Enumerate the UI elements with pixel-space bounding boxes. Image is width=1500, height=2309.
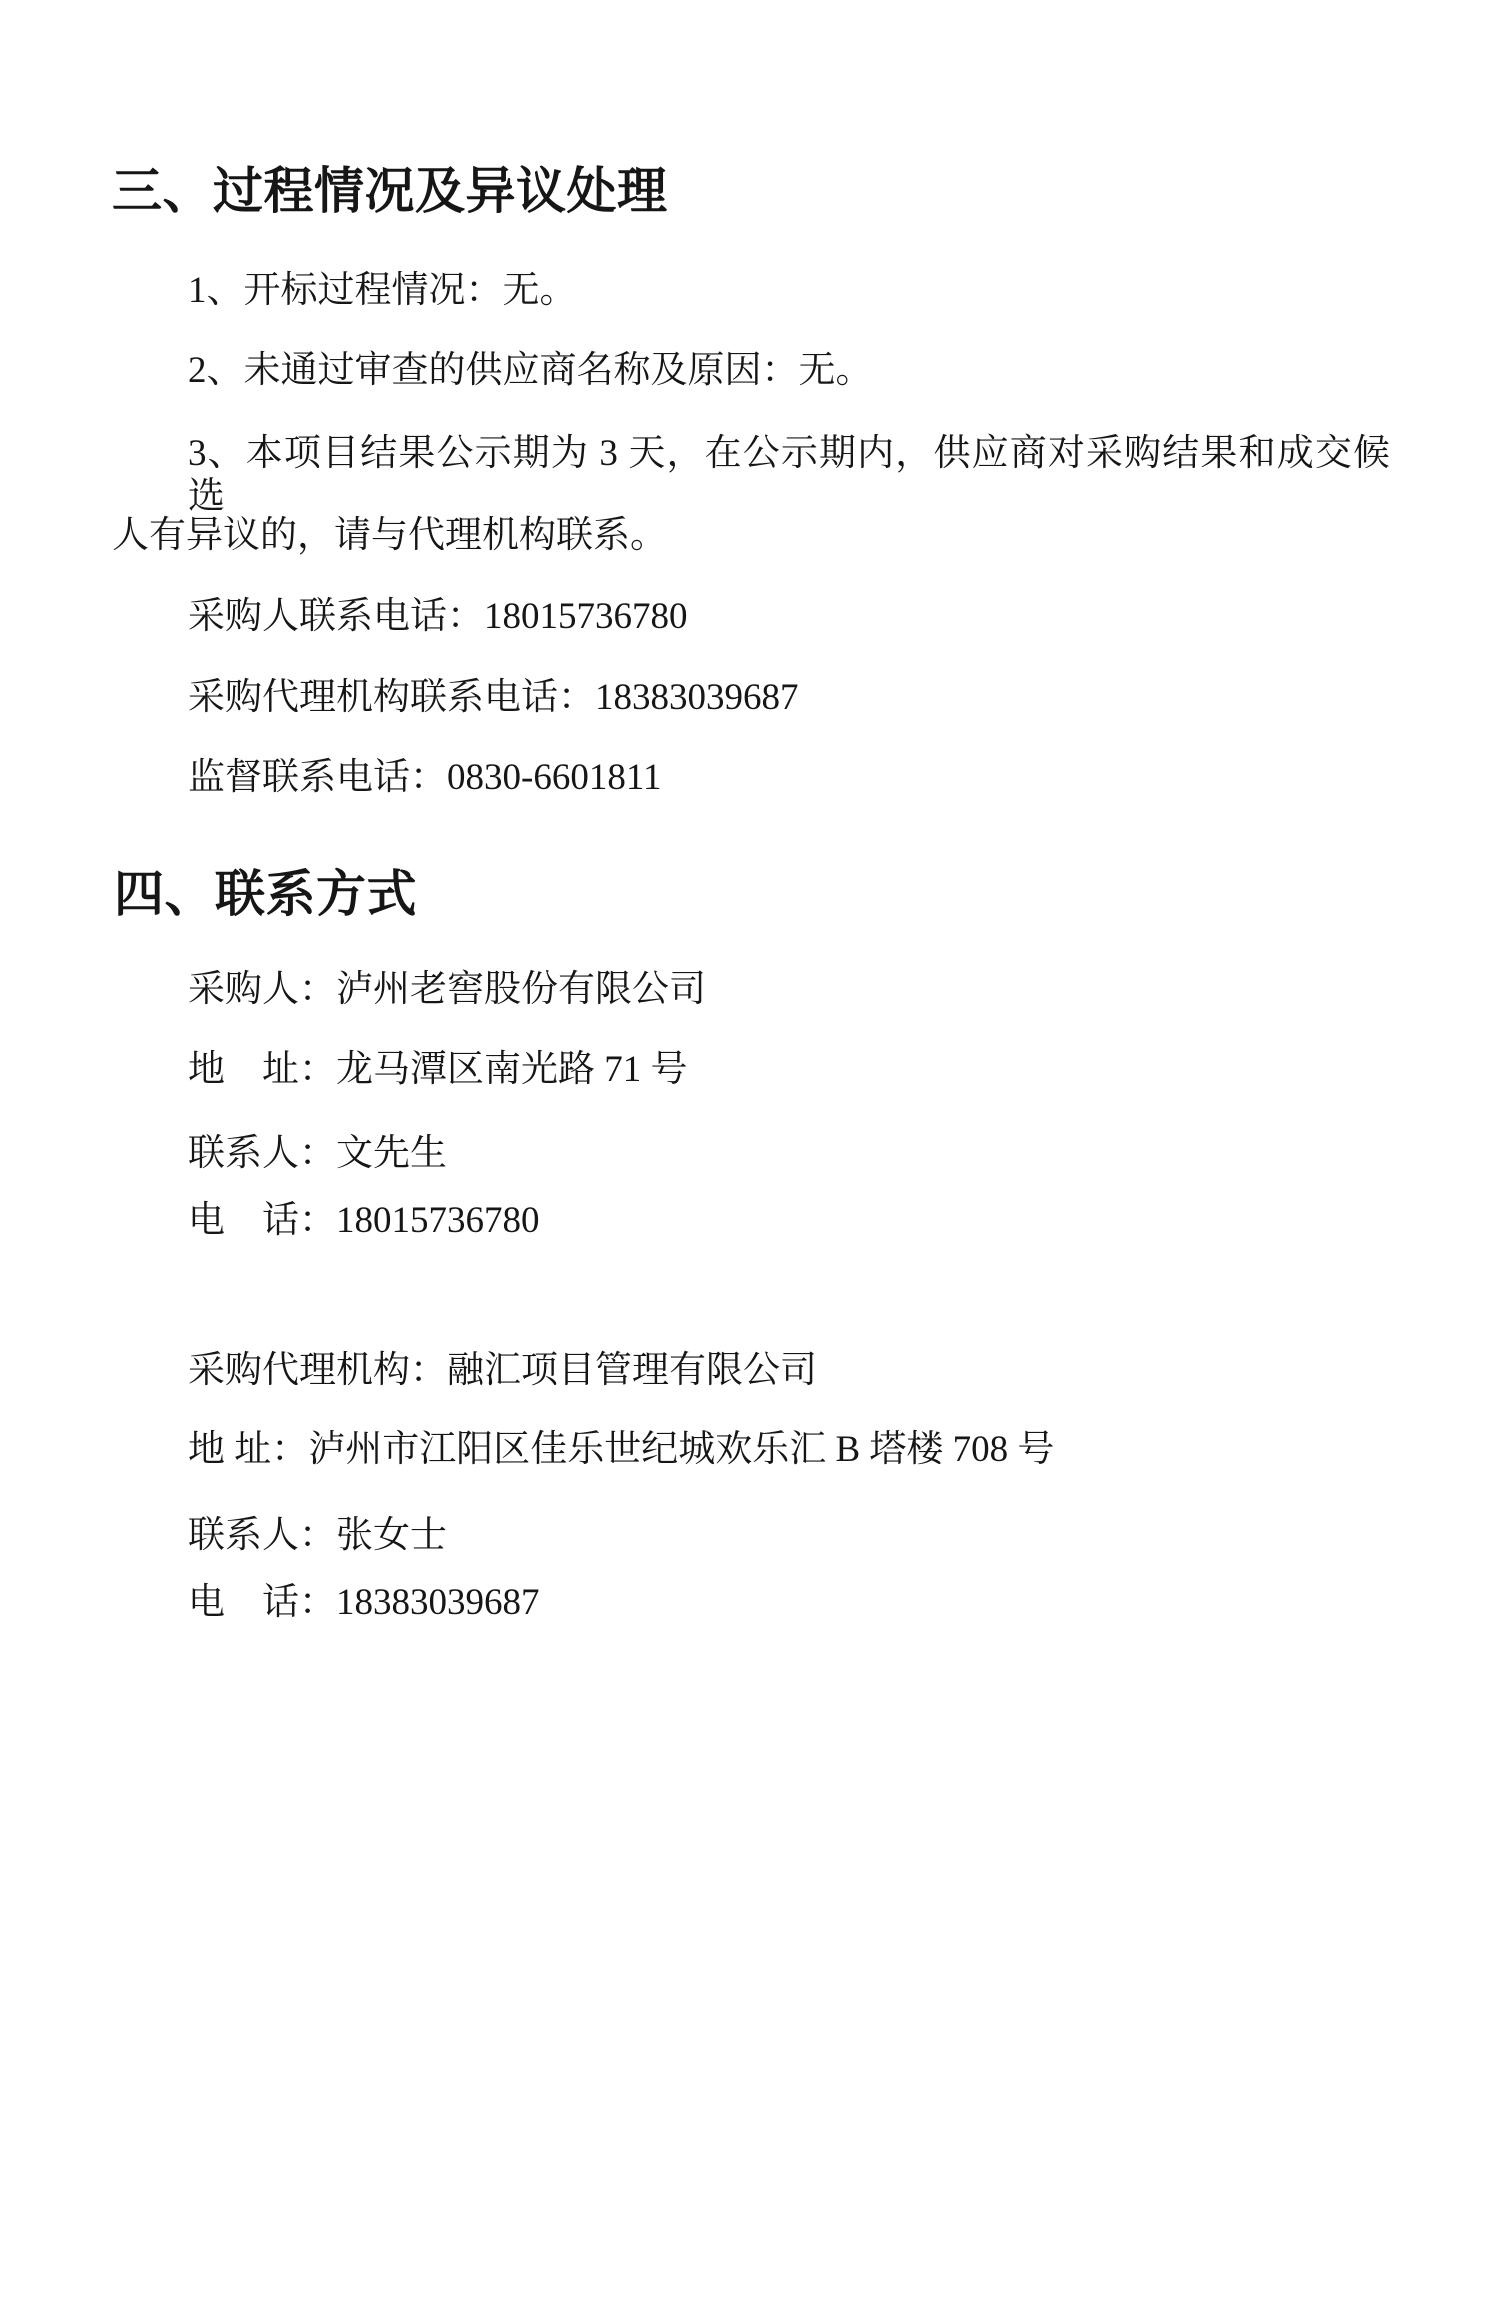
process-item-bid-opening: 1、开标过程情况：无。 [188, 270, 577, 313]
process-item-publicity-period-line1: 3、本项目结果公示期为 3 天，在公示期内，供应商对采购结果和成交候选 [188, 433, 1390, 518]
agency-contact-person-line: 联系人：张女士 [188, 1515, 447, 1558]
buyer-name-line: 采购人：泸州老窖股份有限公司 [188, 969, 706, 1012]
process-supervision-phone: 监督联系电话：0830-6601811 [188, 757, 661, 800]
section-heading-contact: 四、联系方式 [114, 866, 417, 922]
process-buyer-phone: 采购人联系电话：18015736780 [188, 596, 688, 639]
agency-address-line: 地 址：泸州市江阳区佳乐世纪城欢乐汇 B 塔楼 708 号 [188, 1429, 1054, 1472]
document-page: 三、过程情况及异议处理 1、开标过程情况：无。 2、未通过审查的供应商名称及原因… [0, 0, 1500, 2309]
agency-phone-line: 电 话：18383039687 [188, 1582, 540, 1625]
process-item-publicity-period-line2: 人有异议的，请与代理机构联系。 [112, 515, 667, 558]
process-item-rejected-suppliers: 2、未通过审查的供应商名称及原因：无。 [188, 350, 873, 393]
buyer-phone-line: 电 话：18015736780 [188, 1200, 540, 1243]
agency-name-line: 采购代理机构：融汇项目管理有限公司 [188, 1350, 817, 1393]
buyer-contact-person-line: 联系人：文先生 [188, 1133, 447, 1176]
section-heading-process: 三、过程情况及异议处理 [112, 163, 668, 219]
buyer-address-line: 地 址：龙马潭区南光路 71 号 [188, 1049, 688, 1092]
process-agency-phone: 采购代理机构联系电话：18383039687 [188, 677, 799, 720]
